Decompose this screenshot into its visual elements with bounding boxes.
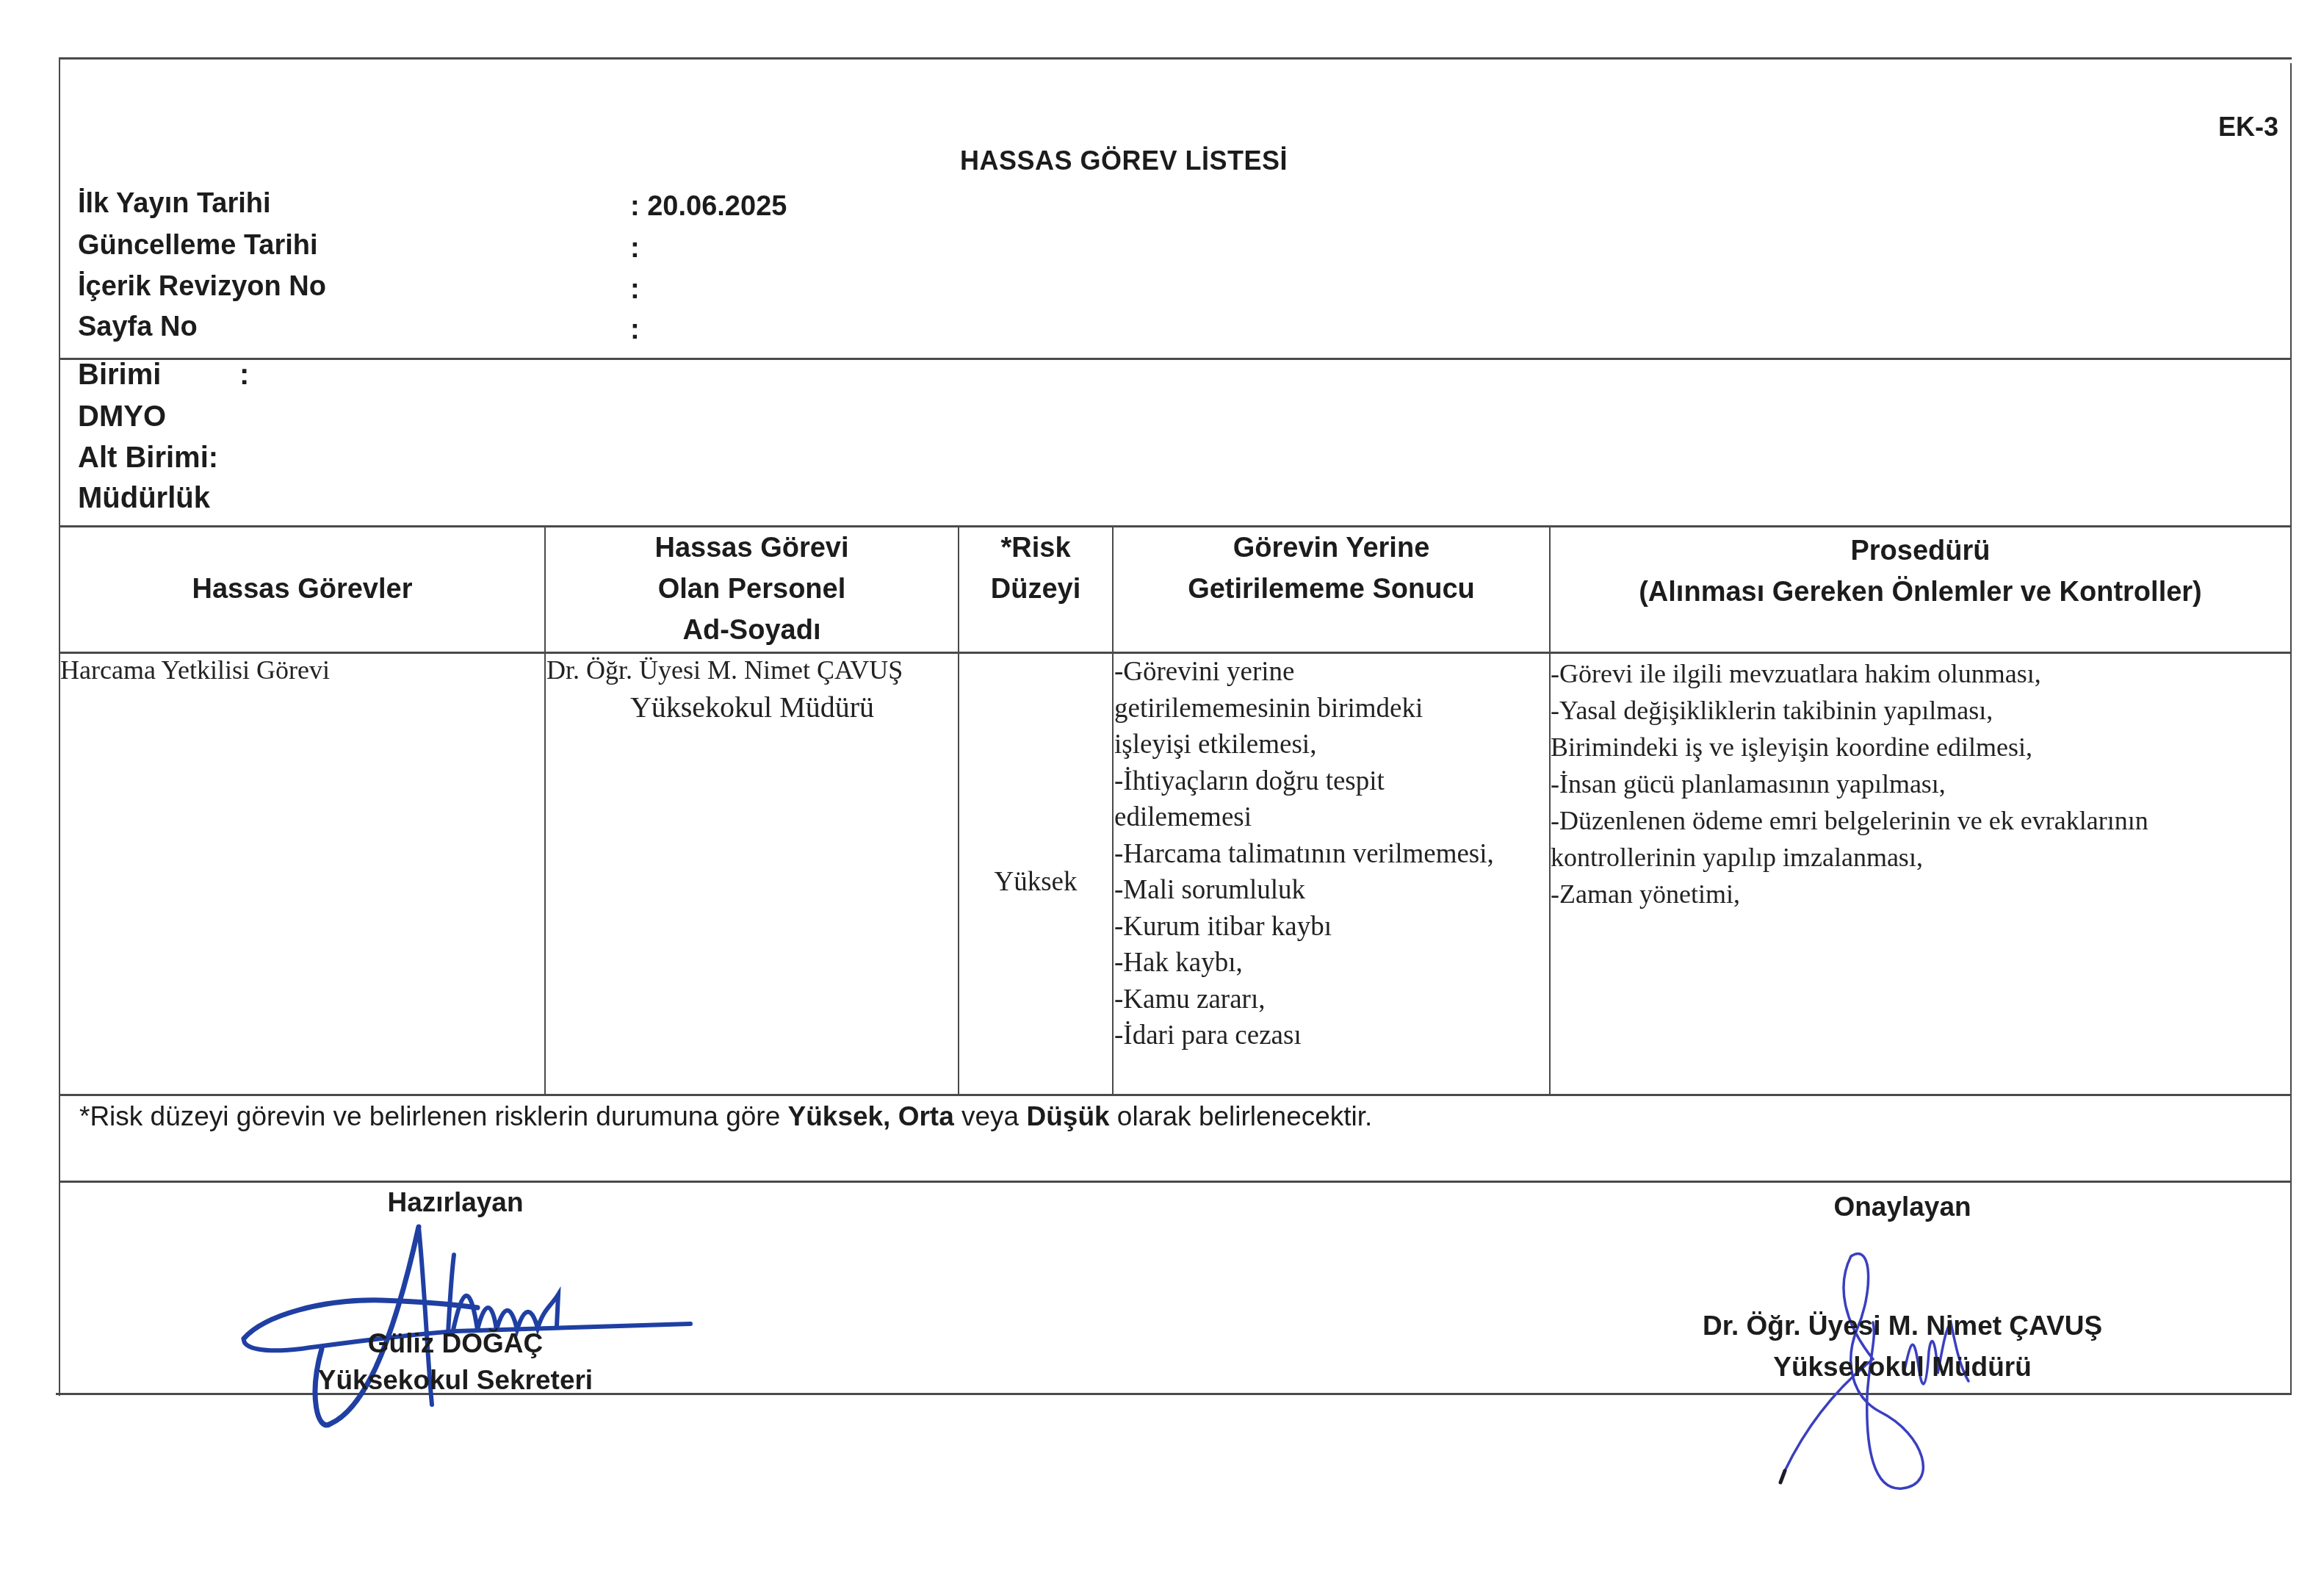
task-cell: Harcama Yetkilisi Görevi	[60, 652, 330, 689]
frame-right	[2290, 63, 2292, 1394]
column-header-risk-level: *Risk Düzeyi	[959, 527, 1112, 610]
frame-top	[59, 57, 2292, 60]
sub-unit-value: Müdürlük	[78, 482, 210, 515]
risk-level-high: Yüksek,	[788, 1101, 891, 1131]
personnel-cell: Dr. Öğr. Üyesi M. Nimet ÇAVUŞ Yüksekokul…	[546, 652, 958, 725]
meta-label-update-date: Güncelleme Tarihi	[78, 230, 318, 262]
meta-value-update-date: :	[630, 233, 640, 264]
prepared-by-name: Güliz DOĞAÇ	[264, 1328, 646, 1359]
risk-level-cell: Yüksek	[959, 864, 1112, 901]
personnel-name: Dr. Öğr. Üyesi M. Nimet ÇAVUŞ	[546, 652, 958, 689]
meta-label-first-publish: İlk Yayın Tarihi	[78, 188, 271, 220]
divider-footnote	[59, 1181, 2292, 1183]
procedure-cell: -Görevi ile ilgili mevzuatlara hakim olu…	[1551, 655, 2148, 912]
risk-level-value: Yüksek	[959, 864, 1112, 901]
approved-by-title: Yüksekokul Müdürü	[1645, 1352, 2159, 1383]
col-divider-3	[1112, 526, 1114, 1095]
divider-header	[59, 358, 2292, 360]
unit-value: DMYO	[78, 400, 166, 433]
frame-left	[59, 57, 60, 1396]
prepared-by-title: Yüksekokul Sekreteri	[264, 1365, 646, 1396]
unit-label: Birimi	[78, 359, 161, 392]
meta-value-revision: :	[630, 274, 640, 306]
meta-label-page-no: Sayfa No	[78, 311, 198, 343]
approved-by-label: Onaylayan	[1755, 1192, 2049, 1222]
column-header-tasks: Hassas Görevler	[60, 569, 544, 610]
unit-colon: :	[239, 359, 249, 392]
annex-label: EK-3	[2218, 112, 2278, 143]
meta-value-page-no: :	[630, 314, 640, 346]
consequence-cell: -Görevini yerine getirilememesinin birim…	[1114, 654, 1494, 1054]
meta-label-revision: İçerik Revizyon No	[78, 271, 326, 303]
column-header-procedure: Prosedürü (Alınması Gereken Önlemler ve …	[1551, 530, 2290, 613]
approved-by-name: Dr. Öğr. Üyesi M. Nimet ÇAVUŞ	[1645, 1311, 2159, 1341]
document-title: HASSAS GÖREV LİSTESİ	[955, 145, 1293, 176]
risk-footnote: *Risk düzeyi görevin ve belirlenen riskl…	[79, 1096, 1372, 1137]
column-header-consequence: Görevin Yerine Getirilememe Sonucu	[1114, 527, 1549, 610]
meta-value-first-publish: : 20.06.2025	[630, 191, 787, 223]
column-header-personnel: Hassas Görevi Olan Personel Ad-Soyadı	[546, 527, 958, 651]
risk-level-low: Düşük	[1026, 1101, 1109, 1131]
personnel-title: Yüksekokul Müdürü	[546, 689, 958, 726]
sub-unit-label: Alt Birimi:	[78, 442, 218, 475]
col-divider-2	[958, 526, 959, 1095]
risk-level-medium: Orta	[898, 1101, 954, 1131]
